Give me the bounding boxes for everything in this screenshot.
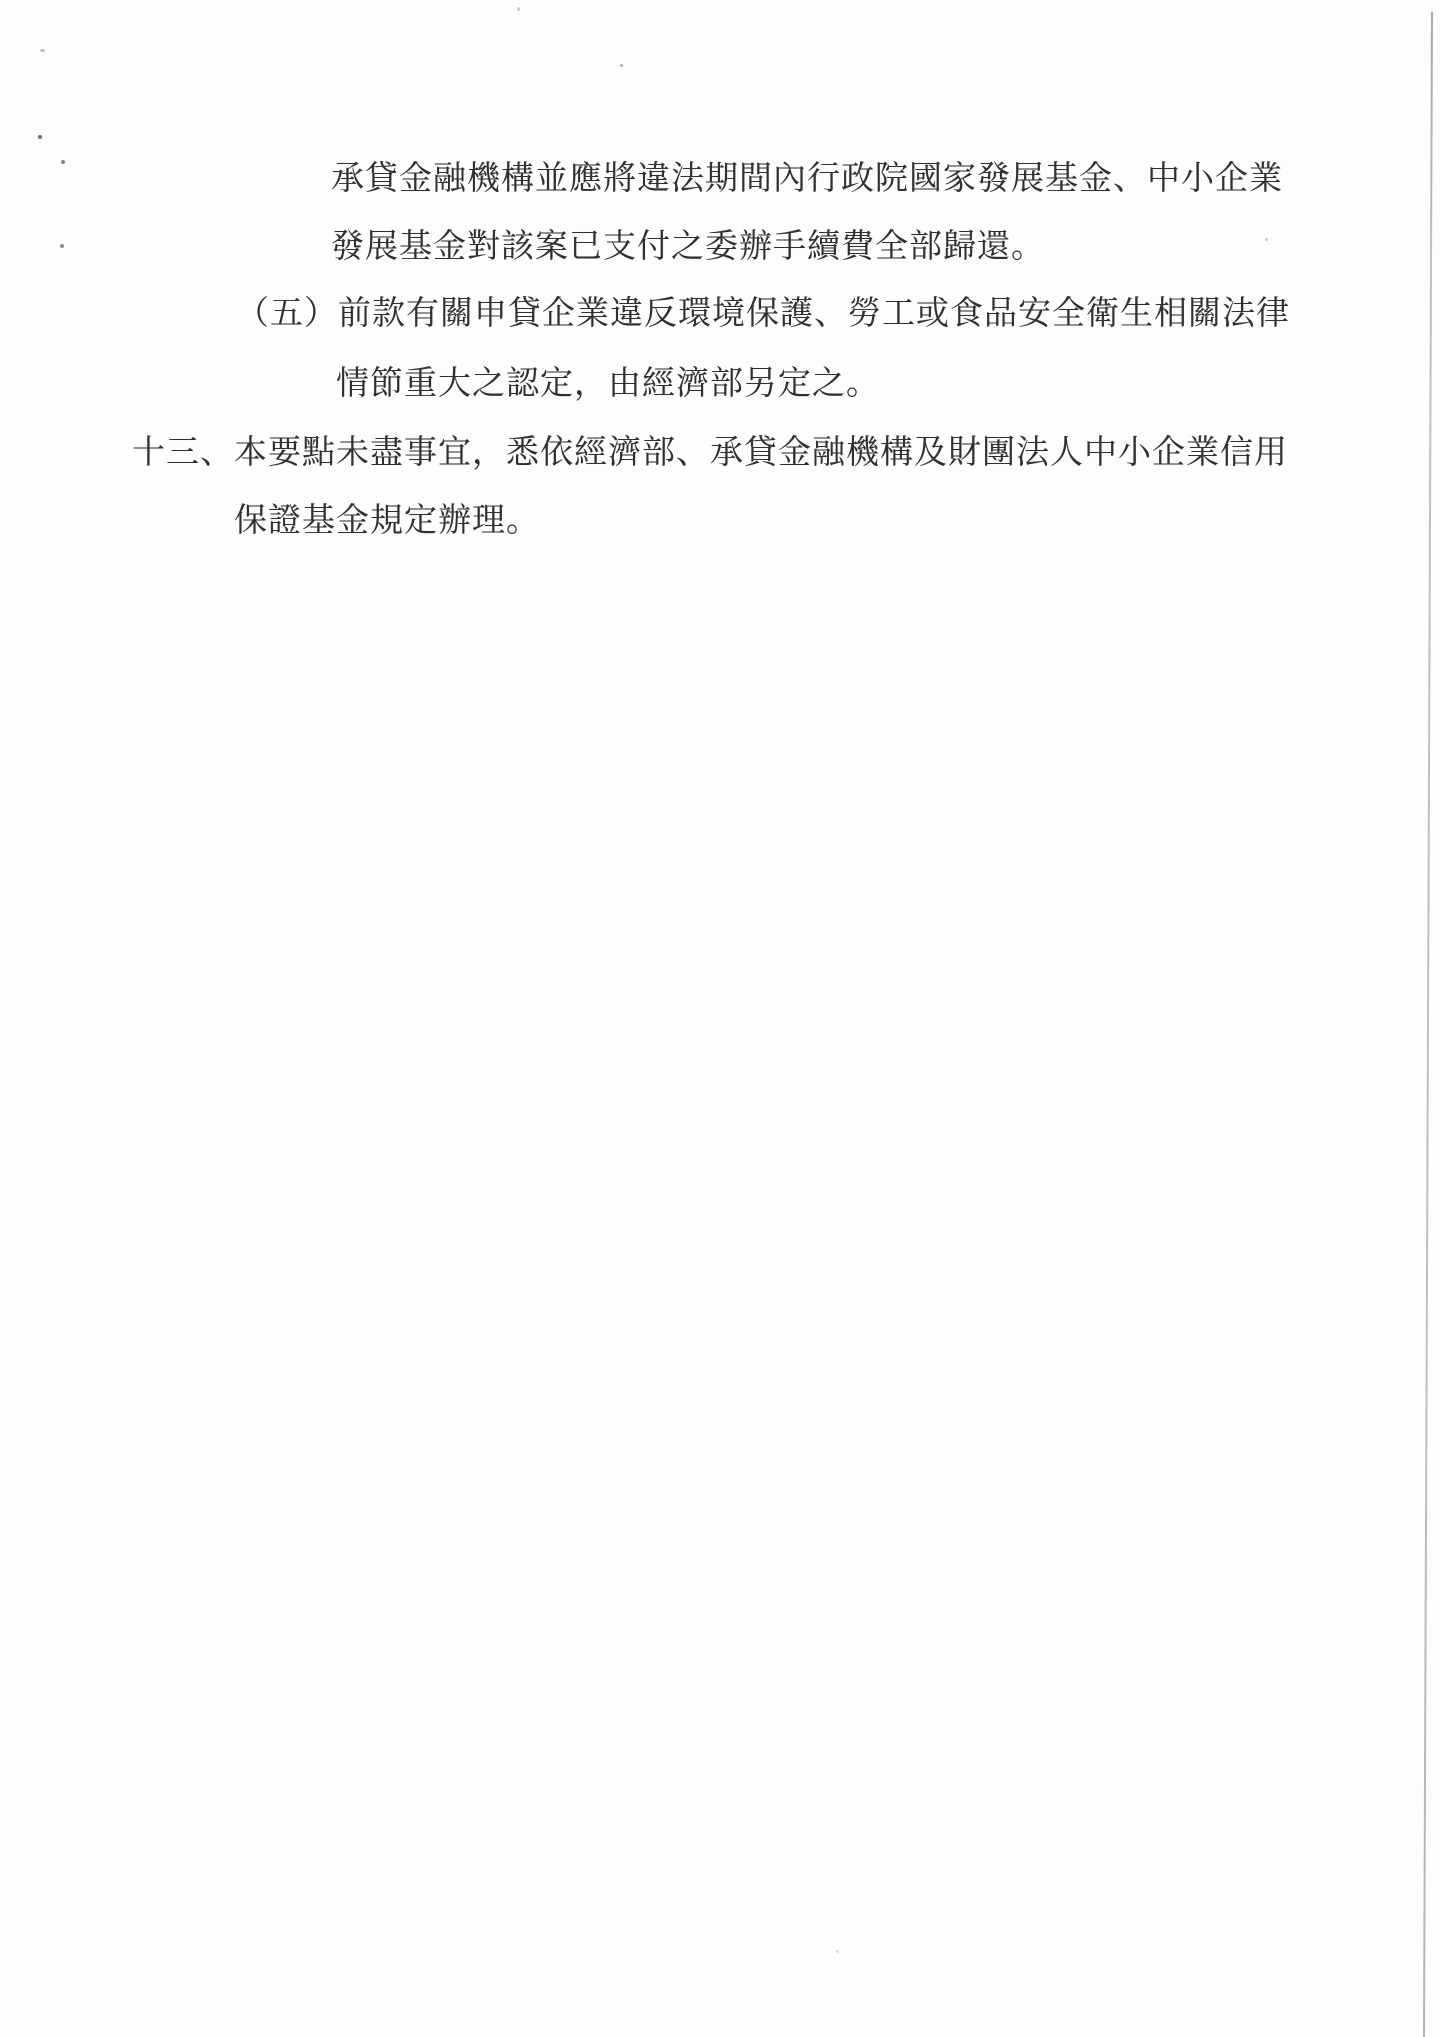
scan-speck [517, 7, 520, 11]
scan-speck [60, 244, 64, 248]
scan-speck [1265, 238, 1268, 241]
document-line-point13-2: 保證基金規定辦理。 [234, 505, 540, 538]
document-line-item5-1: （五）前款有關申貸企業違反環境保護、勞工或食品安全衛生相關法律 [236, 298, 1290, 331]
document-line-item4-cont-2: 發展基金對該案已支付之委辦手續費全部歸還。 [331, 231, 1045, 264]
scan-speck [620, 64, 623, 67]
scan-speck [61, 160, 65, 164]
document-line-point13-1: 十三、本要點未盡事宜，悉依經濟部、承貸金融機構及財團法人中小企業信用 [132, 437, 1288, 470]
scan-speck [40, 49, 45, 52]
scan-speck [836, 1950, 839, 1953]
scanned-page: 承貸金融機構並應將違法期間內行政院國家發展基金、中小企業 發展基金對該案已支付之… [0, 0, 1440, 2037]
scan-edge-line [1423, 12, 1433, 2037]
scan-speck [38, 135, 42, 139]
document-line-item4-cont-1: 承貸金融機構並應將違法期間內行政院國家發展基金、中小企業 [331, 163, 1283, 196]
document-line-item5-2: 情節重大之認定，由經濟部另定之。 [336, 368, 880, 401]
